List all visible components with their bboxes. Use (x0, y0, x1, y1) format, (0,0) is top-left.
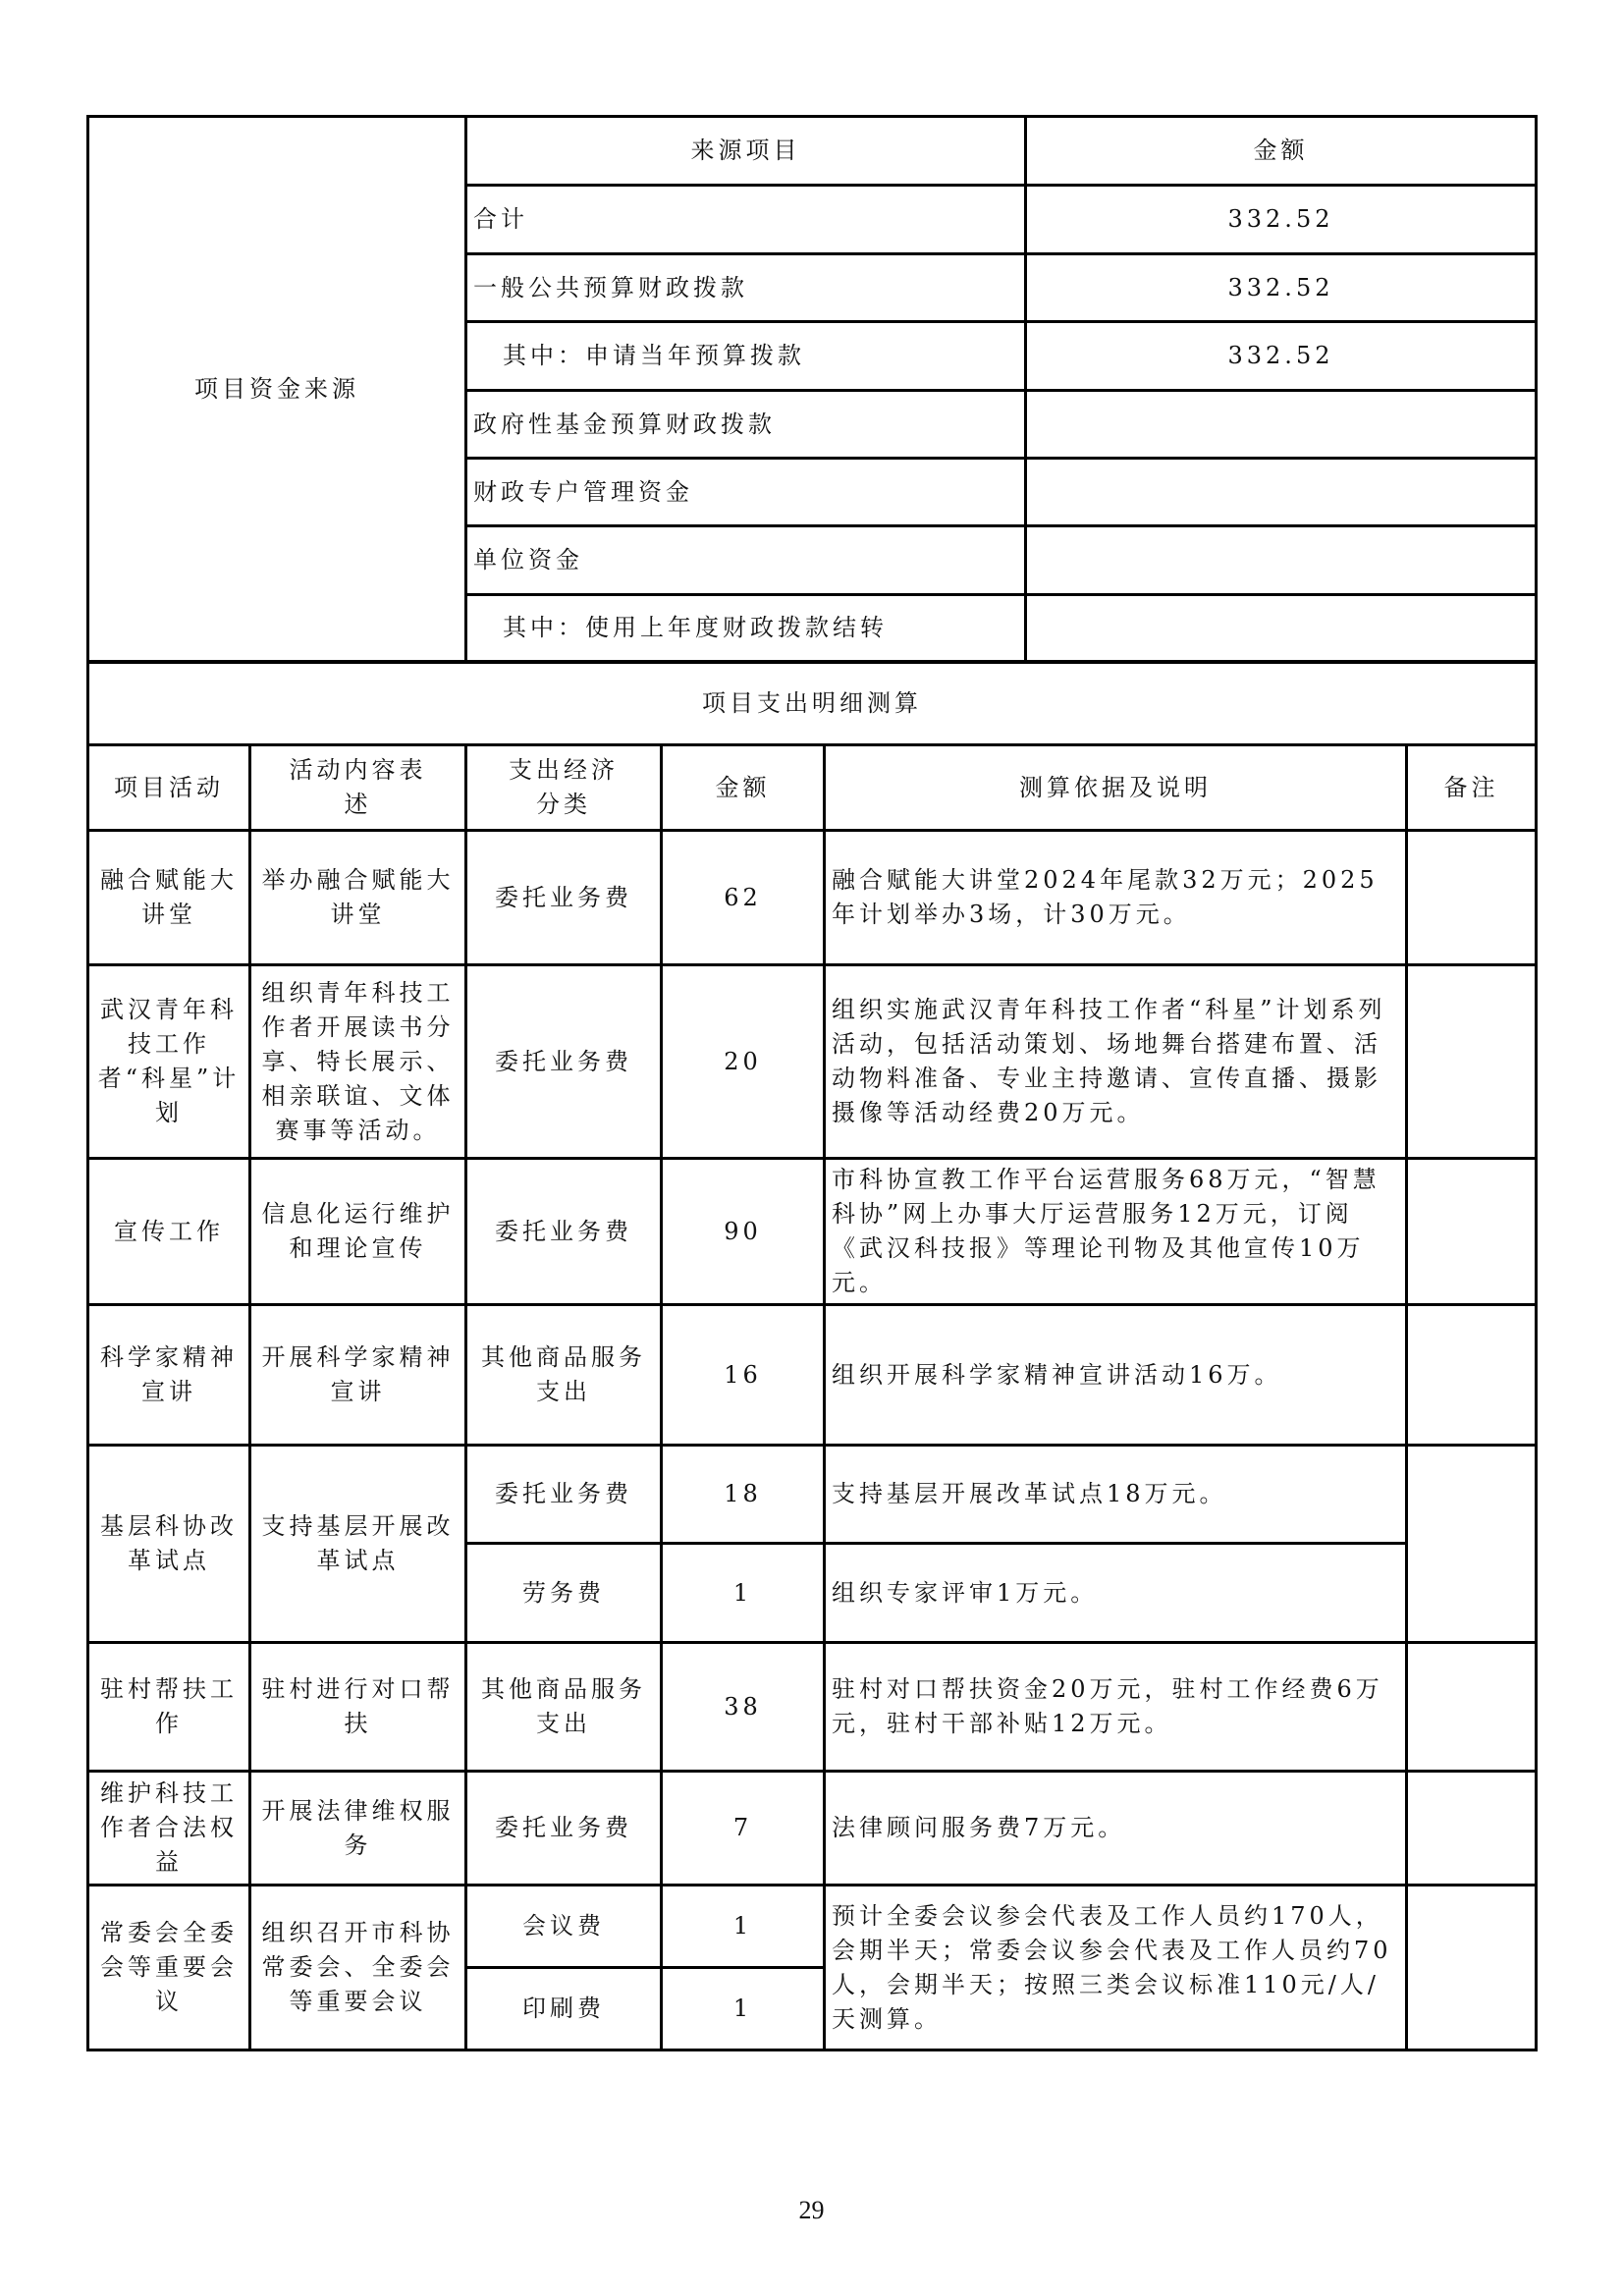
econ-class-cell: 委托业务费 (466, 1772, 662, 1886)
detail-section-title: 项目支出明细测算 (88, 663, 1537, 745)
source-item-amount (1026, 595, 1537, 662)
source-item-amount (1026, 526, 1537, 595)
econ-class-header: 支出经济分类 (466, 745, 662, 831)
content-cell: 开展科学家精神宣讲 (250, 1305, 466, 1446)
basis-cell: 驻村对口帮扶资金20万元，驻村工作经费6万元，驻村干部补贴12万元。 (825, 1643, 1407, 1772)
amount-cell: 1 (662, 1968, 825, 2050)
econ-class-cell: 会议费 (466, 1886, 662, 1968)
econ-class-cell: 其他商品服务支出 (466, 1643, 662, 1772)
basis-cell: 支持基层开展改革试点18万元。 (825, 1446, 1407, 1544)
basis-cell: 组织实施武汉青年科技工作者“科星”计划系列活动，包括活动策划、场地舞台搭建布置、… (825, 965, 1407, 1159)
amount-cell: 16 (662, 1305, 825, 1446)
table-row: 宣传工作 信息化运行维护和理论宣传 委托业务费 90 市科协宣教工作平台运营服务… (88, 1159, 1537, 1305)
econ-class-cell: 其他商品服务支出 (466, 1305, 662, 1446)
basis-cell: 市科协宣教工作平台运营服务68万元，“智慧科协”网上办事大厅运营服务12万元，订… (825, 1159, 1407, 1305)
activity-cell: 驻村帮扶工作 (88, 1643, 250, 1772)
amount-cell: 38 (662, 1643, 825, 1772)
basis-header: 测算依据及说明 (825, 745, 1407, 831)
amount-cell: 1 (662, 1886, 825, 1968)
funding-source-table: 项目资金来源 来源项目 金额 合计 332.52 一般公共预算财政拨款 332.… (86, 115, 1538, 663)
basis-cell: 融合赋能大讲堂2024年尾款32万元；2025年计划举办3场，计30万元。 (825, 831, 1407, 965)
source-item-amount (1026, 459, 1537, 526)
amount-cell: 1 (662, 1544, 825, 1643)
remark-cell (1407, 831, 1537, 965)
expenditure-detail-table: 项目支出明细测算 项目活动 活动内容表述 支出经济分类 金额 测算依据及说明 备… (86, 661, 1538, 2051)
basis-cell: 法律顾问服务费7万元。 (825, 1772, 1407, 1886)
activity-cell: 常委会全委会等重要会议 (88, 1886, 250, 2050)
source-item-label: 一般公共预算财政拨款 (466, 254, 1026, 322)
table-row: 驻村帮扶工作 驻村进行对口帮扶 其他商品服务支出 38 驻村对口帮扶资金20万元… (88, 1643, 1537, 1772)
source-item-amount: 332.52 (1026, 322, 1537, 391)
page-number: 29 (0, 2196, 1623, 2225)
activity-cell: 武汉青年科技工作者“科星”计划 (88, 965, 250, 1159)
econ-class-cell: 委托业务费 (466, 1159, 662, 1305)
activity-cell: 融合赋能大讲堂 (88, 831, 250, 965)
amount-cell: 7 (662, 1772, 825, 1886)
source-item-amount: 332.52 (1026, 186, 1537, 254)
source-item-header: 来源项目 (466, 117, 1026, 186)
remark-cell (1407, 1643, 1537, 1772)
remark-cell (1407, 1305, 1537, 1446)
econ-class-cell: 委托业务费 (466, 831, 662, 965)
source-item-amount (1026, 391, 1537, 459)
content-cell: 举办融合赋能大讲堂 (250, 831, 466, 965)
econ-class-cell: 劳务费 (466, 1544, 662, 1643)
activity-cell: 宣传工作 (88, 1159, 250, 1305)
amount-header: 金额 (662, 745, 825, 831)
basis-cell: 组织专家评审1万元。 (825, 1544, 1407, 1643)
table-row: 武汉青年科技工作者“科星”计划 组织青年科技工作者开展读书分享、特长展示、相亲联… (88, 965, 1537, 1159)
table-row: 科学家精神宣讲 开展科学家精神宣讲 其他商品服务支出 16 组织开展科学家精神宣… (88, 1305, 1537, 1446)
source-item-label: 单位资金 (466, 526, 1026, 595)
remark-cell (1407, 1886, 1537, 2050)
funding-source-label: 项目资金来源 (88, 117, 466, 662)
activity-cell: 维护科技工作者合法权益 (88, 1772, 250, 1886)
content-cell: 信息化运行维护和理论宣传 (250, 1159, 466, 1305)
amount-cell: 90 (662, 1159, 825, 1305)
amount-cell: 62 (662, 831, 825, 965)
content-cell: 组织召开市科协常委会、全委会等重要会议 (250, 1886, 466, 2050)
basis-cell: 预计全委会议参会代表及工作人员约170人，会期半天；常委会议参会代表及工作人员约… (825, 1886, 1407, 2050)
content-cell: 组织青年科技工作者开展读书分享、特长展示、相亲联谊、文体赛事等活动。 (250, 965, 466, 1159)
source-item-amount: 332.52 (1026, 254, 1537, 322)
content-cell: 驻村进行对口帮扶 (250, 1643, 466, 1772)
amount-cell: 18 (662, 1446, 825, 1544)
table-row: 融合赋能大讲堂 举办融合赋能大讲堂 委托业务费 62 融合赋能大讲堂2024年尾… (88, 831, 1537, 965)
content-cell: 支持基层开展改革试点 (250, 1446, 466, 1643)
content-header: 活动内容表述 (250, 745, 466, 831)
table-row: 基层科协改革试点 支持基层开展改革试点 委托业务费 18 支持基层开展改革试点1… (88, 1446, 1537, 1544)
econ-class-cell: 委托业务费 (466, 1446, 662, 1544)
remark-cell (1407, 1772, 1537, 1886)
activity-cell: 科学家精神宣讲 (88, 1305, 250, 1446)
source-item-label: 其中：申请当年预算拨款 (466, 322, 1026, 391)
amount-header: 金额 (1026, 117, 1537, 186)
remark-cell (1407, 965, 1537, 1159)
document-page: 项目资金来源 来源项目 金额 合计 332.52 一般公共预算财政拨款 332.… (0, 0, 1623, 2296)
econ-class-cell: 委托业务费 (466, 965, 662, 1159)
remark-cell (1407, 1446, 1537, 1643)
activity-header: 项目活动 (88, 745, 250, 831)
content-cell: 开展法律维权服务 (250, 1772, 466, 1886)
source-item-label: 政府性基金预算财政拨款 (466, 391, 1026, 459)
econ-class-cell: 印刷费 (466, 1968, 662, 2050)
table-row: 维护科技工作者合法权益 开展法律维权服务 委托业务费 7 法律顾问服务费7万元。 (88, 1772, 1537, 1886)
table-row: 常委会全委会等重要会议 组织召开市科协常委会、全委会等重要会议 会议费 1 预计… (88, 1886, 1537, 1968)
source-item-label: 合计 (466, 186, 1026, 254)
remark-cell (1407, 1159, 1537, 1305)
remark-header: 备注 (1407, 745, 1537, 831)
source-item-label: 财政专户管理资金 (466, 459, 1026, 526)
basis-cell: 组织开展科学家精神宣讲活动16万。 (825, 1305, 1407, 1446)
activity-cell: 基层科协改革试点 (88, 1446, 250, 1643)
source-item-label: 其中：使用上年度财政拨款结转 (466, 595, 1026, 662)
amount-cell: 20 (662, 965, 825, 1159)
